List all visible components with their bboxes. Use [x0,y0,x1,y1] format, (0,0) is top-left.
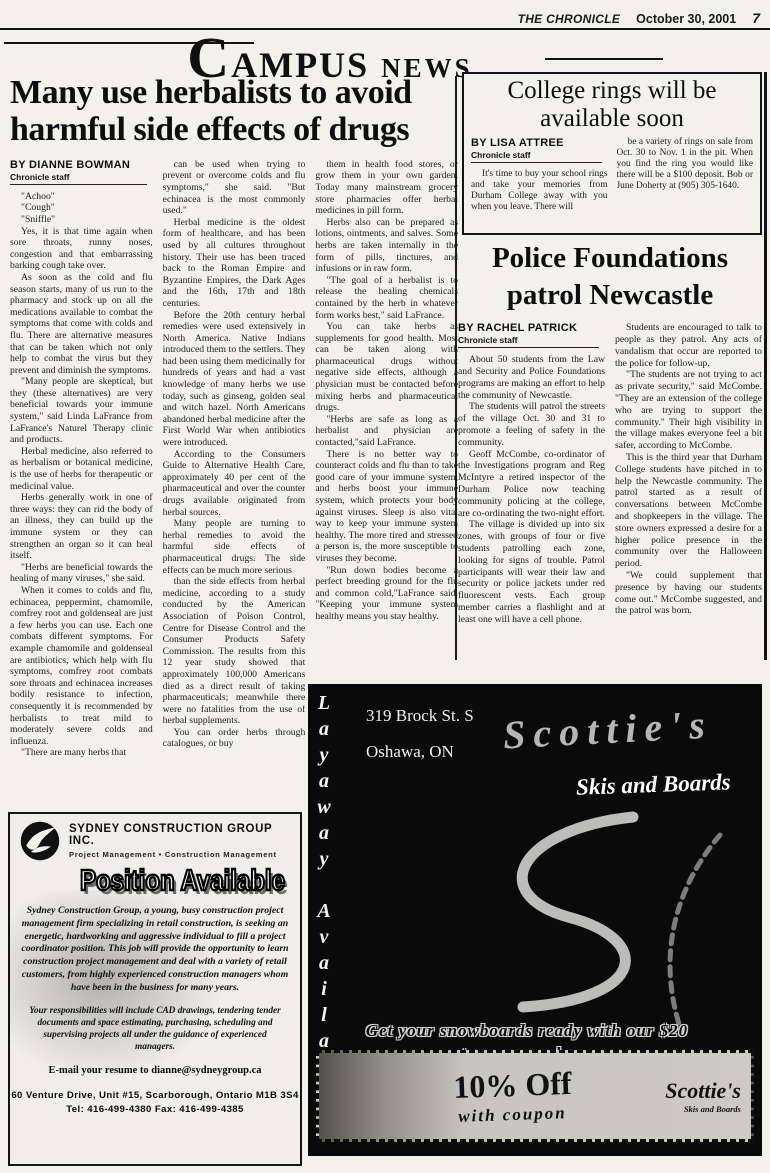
byline-credit: Chronicle staff [458,335,599,348]
article-column-2: be a variety of rings on sale from Oct. … [617,137,754,213]
paragraph: The students will patrol the streets of … [458,401,605,448]
paragraph: "Sniffle" [10,214,153,226]
paragraph: "Cough" [10,202,153,214]
coupon-brand-block: Scottie's Skis and Boards [611,1078,751,1114]
coupon-brand: Scottie's [611,1078,741,1104]
paragraph: can be used when trying to prevent or ov… [163,159,306,217]
ad-scotties-skis: Layaway Available 319 Brock St. S Oshawa… [308,684,762,1156]
coupon-offer: 10% Off [413,1064,611,1108]
paragraph: Many people are turning to herbal remedi… [163,518,306,576]
paragraph: You can order herbs through catalogues, … [163,727,306,750]
store-address-line1: 319 Brock St. S [366,698,474,734]
coupon-brand-subtitle: Skis and Boards [611,1104,741,1114]
article-columns: BY LISA ATTREE Chronicle staff It's time… [471,137,753,213]
article-college-rings: College rings will be available soon BY … [462,72,762,235]
store-address-line2: Oshawa, ON [366,734,474,770]
ad-address-block: 60 Venture Drive, Unit #15, Scarborough,… [10,1089,300,1117]
brand-subtitle: Skis and Boards [576,769,731,800]
coupon-offer-block: 10% Off with coupon [414,1067,611,1125]
ad-company-block: SYDNEY CONSTRUCTION GROUP INC. Project M… [69,823,294,859]
paragraph: "The goal of a herbalist is to release t… [315,275,458,321]
page-header: THE CHRONICLE October 30, 2001 7 [518,10,760,26]
issue-date: October 30, 2001 [636,12,736,26]
ad-phone: Tel: 416-499-4380 Fax: 416-499-4385 [10,1103,300,1117]
article-headline: Many use herbalists to avoid harmful sid… [10,74,458,149]
paragraph: Herbs generally work in one of three way… [10,492,153,562]
byline: BY RACHEL PATRICK [458,322,605,334]
ad-body-text: Sydney Construction Group, a young, busy… [21,905,289,995]
newspaper-page: THE CHRONICLE October 30, 2001 7 CAMPUS … [0,0,770,1173]
paragraph: The village is divided up into six zones… [458,519,605,625]
paragraph: Geoff McCombe, co-ordinator of the Inves… [458,449,605,520]
byline: BY LISA ATTREE [471,137,608,149]
paragraph: When it comes to colds and flu, echinace… [10,585,153,747]
column-divider-rule [455,76,457,660]
article-column-1: BY LISA ATTREE Chronicle staff It's time… [471,137,608,213]
article-column-1: BY RACHEL PATRICK Chronicle staff About … [458,322,605,652]
ad-header: SYDNEY CONSTRUCTION GROUP INC. Project M… [10,814,300,863]
company-tagline: Project Management • Construction Manage… [69,850,294,859]
company-name: SYDNEY CONSTRUCTION GROUP INC. [69,823,294,847]
article-column-1: BY DIANNE BOWMAN Chronicle staff "Achoo"… [10,159,153,805]
article-column-2: can be used when trying to prevent or ov… [163,159,306,805]
paragraph: "We could supplement that presence by ha… [615,570,762,617]
article-column-2: Students are encouraged to talk to peopl… [615,322,762,652]
paragraph: Before the 20th century herbal remedies … [163,310,306,449]
store-address: 319 Brock St. S Oshawa, ON [366,698,474,769]
paragraph: "The students are not trying to act as p… [615,369,762,452]
right-edge-rule [764,72,767,660]
paragraph: than the side effects from herbal medici… [163,576,306,727]
paragraph: It's time to buy your school rings and t… [471,169,608,213]
article-columns: BY RACHEL PATRICK Chronicle staff About … [458,322,762,652]
byline-credit: Chronicle staff [10,172,147,185]
paragraph: "Many people are skeptical, but they (th… [10,376,153,446]
paragraph: About 50 students from the Law and Secur… [458,354,605,401]
paragraph: Herbal medicine, also referred to as her… [10,446,153,492]
ad-sydney-construction: SYDNEY CONSTRUCTION GROUP INC. Project M… [8,812,302,1166]
byline: BY DIANNE BOWMAN [10,159,153,171]
article-headline: College rings will be available soon [494,77,730,133]
ad-body: Sydney Construction Group, a young, busy… [10,905,300,995]
paragraph: them in health food stores, or grow them… [315,159,458,217]
byline-credit: Chronicle staff [471,150,602,163]
paragraph: You can take herbs as supplements for go… [315,321,458,414]
brand-name: Scottie's [502,701,714,759]
paragraph: Yes, it is that time again when sore thr… [10,226,153,272]
masthead-right-rule [545,58,663,60]
paragraph: As soon as the cold and flu season start… [10,272,153,376]
ad-responsibilities: Your responsibilities will include CAD d… [10,1005,300,1054]
decorative-script-curve [608,829,738,1039]
paragraph: be a variety of rings on sale from Oct. … [617,137,754,192]
paragraph: Herbs also can be prepared as lotions, o… [315,217,458,275]
article-police-foundations: Police Foundations patrol Newcastle BY R… [458,240,762,652]
paragraph: Herbal medicine is the oldest form of he… [163,217,306,310]
article-headline: Police Foundations patrol Newcastle [458,240,762,314]
paragraph: "Herbs are beneficial towards the healin… [10,562,153,585]
paragraph: "Herbs are safe as long as a herbalist a… [315,414,458,449]
paragraph: This is the third year that Durham Colle… [615,452,762,570]
sydney-logo-icon [18,819,62,863]
coupon: 10% Off with coupon Scottie's Skis and B… [316,1050,754,1142]
paragraph: "Achoo" [10,191,153,203]
paragraph: According to the Consumers Guide to Alte… [163,449,306,519]
paragraph: Students are encouraged to talk to peopl… [615,322,762,369]
paragraph: "There are many herbs that [10,747,153,759]
ad-address: 60 Venture Drive, Unit #15, Scarborough,… [10,1089,300,1103]
paragraph: "Run down bodies become a perfect breedi… [315,565,458,623]
paragraph: There is no better way to counteract col… [315,449,458,565]
page-number: 7 [752,10,760,26]
